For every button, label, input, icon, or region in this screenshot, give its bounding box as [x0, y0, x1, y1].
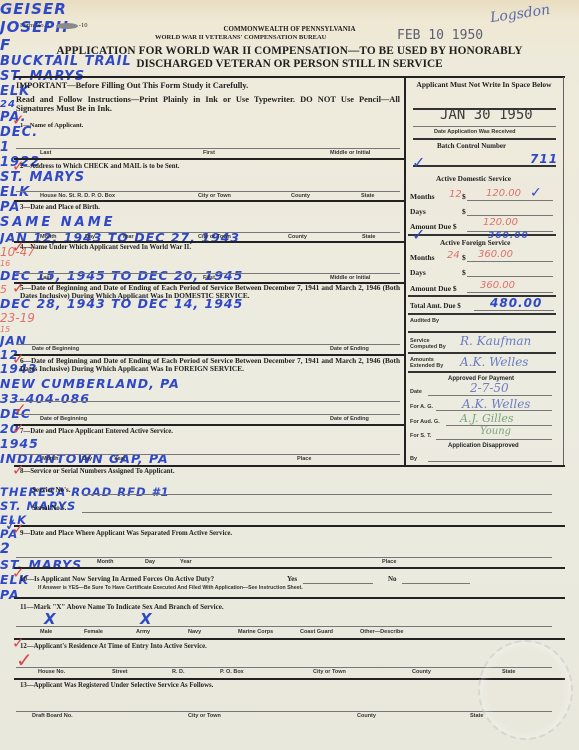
q7-cap-place: Place — [297, 456, 311, 462]
form-title-line1: APPLICATION FOR WORLD WAR II COMPENSATIO… — [0, 45, 579, 57]
q2-label: 2—Address to Which CHECK and MAIL is to … — [20, 163, 180, 170]
office-line-4 — [413, 165, 556, 167]
read-follow-notice: Read and Follow Instructions—Print Plain… — [16, 95, 400, 113]
q6-rule — [14, 424, 404, 426]
q10-no-field[interactable] — [402, 583, 470, 584]
q3-cap-year: Year — [122, 234, 134, 240]
domestic-months: 12 — [449, 189, 462, 200]
foreign-months-line — [467, 261, 553, 262]
domestic-days-line — [467, 215, 553, 216]
q7-cap-year: Year — [114, 456, 126, 462]
q3-rule — [14, 241, 404, 243]
q3-cap-state: State — [362, 234, 375, 240]
q13-cap-county: County — [357, 713, 376, 719]
audg-label: For Aud. G. — [410, 419, 440, 425]
total-line — [474, 310, 554, 311]
q11-line — [16, 626, 552, 627]
q7-line — [16, 454, 400, 455]
q13-cap-state: State — [470, 713, 483, 719]
approved-date: 2-7-50 — [470, 381, 509, 395]
office-line-2 — [413, 126, 556, 127]
right-border — [563, 77, 564, 465]
q10-rule — [14, 597, 565, 599]
q12-cap-rd: R. D. — [172, 669, 185, 675]
q3-cap-county: County — [288, 234, 307, 240]
q10-yes-label: Yes — [287, 575, 297, 583]
q12-cap-house: House No. — [38, 669, 65, 675]
q12-line — [16, 667, 552, 668]
q9-label: 9—Date and Place Where Applicant Was Sep… — [20, 530, 232, 537]
q8-serial-line — [82, 512, 552, 513]
q9-cap-day: Day — [145, 559, 155, 565]
foreign-months: 24 — [447, 250, 460, 261]
q9-cap-month: Month — [97, 559, 114, 565]
q2-line — [16, 191, 400, 192]
q11-option-marine-corps[interactable]: Marine Corps — [238, 629, 273, 635]
service-computed-signature: R. Kaufman — [460, 334, 531, 348]
batch-value: 711 — [530, 152, 558, 166]
q8-label: 8—Service or Serial Numbers Assigned To … — [20, 468, 175, 475]
audg-signature: A.J. Gilles — [460, 412, 514, 425]
service-computed-label: Service Computed By — [410, 338, 454, 350]
q3-cap-city: City or Town — [198, 234, 231, 240]
q10-note: If Answer is YES—Be Sure To Have Certifi… — [38, 585, 303, 591]
foreign-amount: 360.00 — [480, 280, 515, 291]
q11-option-army[interactable]: Army — [136, 629, 150, 635]
q4-cap-last: Last — [40, 275, 51, 281]
q11-option-other-describe[interactable]: Other—Describe — [360, 629, 403, 635]
q2-cap-county: County — [291, 193, 310, 199]
review-check-icon: ✓ — [16, 648, 33, 672]
date-received-stamp: JAN 30 1950 — [440, 107, 533, 123]
review-check-icon: ✓ — [530, 185, 543, 201]
q12-cap-pobox: P. O. Box — [220, 669, 244, 675]
q7-cap-day: Day — [82, 456, 92, 462]
q1-line — [16, 148, 400, 149]
by-line — [428, 461, 552, 462]
domestic-rule — [408, 234, 556, 236]
q1-cap-last: Last — [40, 150, 51, 156]
amounts-extended-label: Amounts Extended By — [410, 357, 454, 369]
foreign-months-amount: 360.00 — [478, 249, 513, 260]
q4-label: 4—Name Under Which Applicant Served In W… — [20, 244, 191, 251]
domestic-months-label: Months — [410, 192, 435, 201]
currency-sign: $ — [462, 253, 466, 262]
review-check-icon: ✓ — [14, 400, 27, 418]
currency-sign: $ — [462, 207, 466, 216]
q9-cap-year: Year — [180, 559, 192, 565]
ag-signature: A.K. Welles — [462, 397, 530, 411]
received-stamp: FEB 10 1950 — [397, 28, 483, 43]
q2-cap-state: State — [361, 193, 374, 199]
review-check-icon: ✓ — [412, 225, 426, 244]
q12-cap-street: Street — [112, 669, 128, 675]
disapproved-heading: Application Disapproved — [448, 443, 519, 449]
q3-line — [16, 232, 400, 233]
q11-option-female[interactable]: Female — [84, 629, 103, 635]
amounts-extended-signature: A.K. Welles — [460, 355, 528, 369]
q12-cap-county: County — [412, 669, 431, 675]
q9-rule — [14, 567, 565, 569]
q13-cap-draft: Draft Board No. — [32, 713, 73, 719]
audited-rule — [408, 331, 556, 333]
q6-line-b — [16, 414, 400, 415]
bureau-heading: WORLD WAR II VETERANS' COMPENSATION BURE… — [155, 34, 326, 41]
q5-label: 5—Date of Beginning and Date of Ending o… — [20, 284, 400, 300]
q12-cap-city: City or Town — [313, 669, 346, 675]
q1-label: 1—Name of Applicant. — [20, 122, 83, 129]
q4-cap-middle: Middle or Initial — [330, 275, 370, 281]
approved-date-line — [428, 395, 552, 396]
approved-date-label: Date — [410, 389, 422, 395]
q10-no-label: No — [388, 575, 397, 583]
audited-label: Audited By — [410, 318, 440, 324]
total-amount: 480.00 — [490, 296, 542, 310]
q12-label: 12—Applicant's Residence At Time of Entr… — [20, 643, 207, 650]
important-notice: IMPORTANT—Before Filling Out This Form S… — [16, 81, 248, 90]
date-received-label: Date Application Was Received — [434, 129, 516, 135]
review-check-icon: ✓ — [412, 153, 426, 172]
batch-label: Batch Control Number — [437, 142, 506, 150]
embossed-seal — [478, 640, 573, 740]
foreign-days-label: Days — [410, 268, 426, 277]
q6-cap-begin: Date of Beginning — [40, 416, 87, 422]
column-divider — [404, 77, 406, 465]
q12-street: THERESA ROAD RFD #1 — [0, 485, 579, 499]
foreign-computed-note: 360.00 — [488, 231, 529, 241]
foreign-amount-label: Amount Due $ — [410, 284, 457, 293]
domestic-months-amount: 120.00 — [486, 188, 521, 199]
q2-cap-city: City or Town — [198, 193, 231, 199]
foreign-days-line — [467, 276, 553, 277]
q8-service-label: Service No's. — [32, 486, 71, 494]
commonwealth-heading: COMMONWEALTH OF PENNSYLVANIA — [0, 25, 579, 33]
q1-cap-first: First — [203, 150, 215, 156]
q8-rule — [14, 525, 565, 527]
office-line-3 — [413, 138, 556, 140]
ag-label: For A. G. — [410, 404, 433, 410]
currency-sign: $ — [462, 192, 466, 201]
q6-line — [16, 401, 400, 402]
q9-line — [16, 557, 552, 558]
q11-option-male[interactable]: Male — [40, 629, 52, 635]
q1-rule — [14, 158, 404, 160]
q13-cap-city: City or Town — [188, 713, 221, 719]
by-label: By — [410, 456, 417, 462]
q5-cap-begin: Date of Beginning — [32, 346, 79, 352]
q6-cap-end: Date of Ending — [330, 416, 369, 422]
domestic-amount: 120.00 — [483, 217, 518, 228]
q4-cap-first: First — [203, 275, 215, 281]
q7-cap-month: Month — [42, 456, 59, 462]
domestic-heading: Active Domestic Service — [436, 174, 511, 183]
q11-rule — [14, 638, 565, 640]
office-heading: Applicant Must Not Write In Space Below — [408, 80, 560, 89]
q13-label: 13—Applicant Was Registered Under Select… — [20, 682, 213, 689]
service-computed-rule — [408, 352, 556, 354]
q13-line — [16, 711, 552, 712]
form-title-line2: DISCHARGED VETERAN OR PERSON STILL IN SE… — [0, 58, 579, 70]
st-signature: Young — [480, 426, 511, 437]
q11-option-navy[interactable]: Navy — [188, 629, 201, 635]
foreign-amount-line — [467, 292, 553, 293]
header-rule — [14, 76, 565, 78]
q3-label: 3—Date and Place of Birth. — [20, 204, 100, 211]
q9-cap-place: Place — [382, 559, 396, 565]
q1-cap-middle: Middle or Initial — [330, 150, 370, 156]
q11-option-coast-guard[interactable]: Coast Guard — [300, 629, 333, 635]
q2-cap-street: House No. St. R. D. P. O. Box — [40, 193, 115, 199]
q3-cap-day: Day — [85, 234, 95, 240]
domestic-days-label: Days — [410, 207, 426, 216]
total-label: Total Amt. Due $ — [410, 302, 461, 310]
q3-cap-month: Month — [40, 234, 57, 240]
q6-label: 6—Date of Beginning and Date of Ending o… — [20, 357, 400, 373]
foreign-months-label: Months — [410, 253, 435, 262]
ag-line — [436, 410, 552, 411]
q5-line — [16, 344, 400, 345]
q2-rule — [14, 200, 404, 202]
st-line — [436, 439, 552, 440]
q10-label: 10—Is Applicant Now Serving In Armed For… — [20, 575, 214, 583]
total-rule — [408, 313, 556, 315]
q13-city: ST. MARYS — [0, 557, 579, 572]
st-label: For S. T. — [410, 433, 431, 439]
q10-yes-field[interactable] — [303, 583, 373, 584]
q5-cap-end: Date of Ending — [330, 346, 369, 352]
q4-line — [16, 273, 400, 274]
q7-label: 7—Date and Place Applicant Entered Activ… — [20, 428, 173, 435]
amounts-extended-rule — [408, 371, 556, 373]
currency-sign: $ — [462, 268, 466, 277]
q13-draft-board: 2 — [0, 541, 579, 557]
